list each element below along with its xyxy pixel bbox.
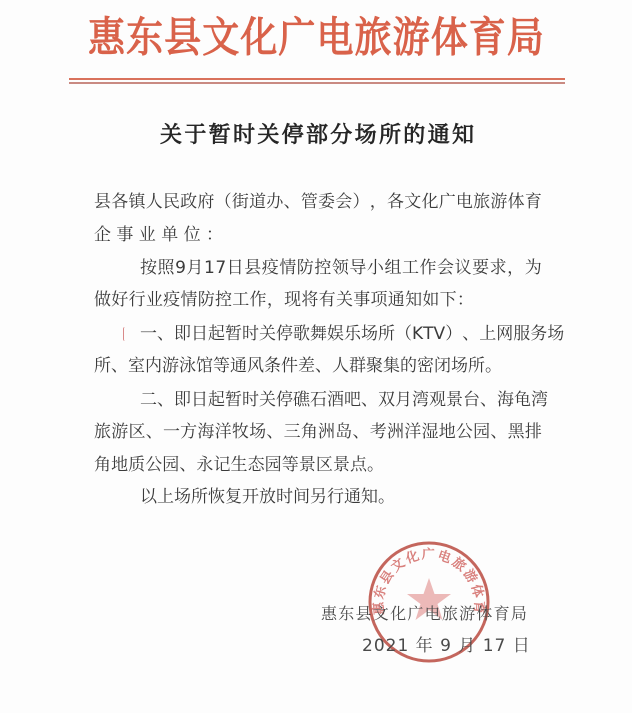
body-line-8: 旅游区、一方海洋牧场、三角洲岛、考洲洋湿地公园、黑排 bbox=[94, 419, 542, 445]
letterhead-org-name: 惠东县文化广电旅游体育局 bbox=[88, 12, 544, 62]
body-line-5: 一、即日起暂时关停歌舞娱乐场所（KTV）、上网服务场 bbox=[140, 321, 542, 347]
body-line-6: 所、室内游泳馆等通风条件差、人群聚集的密闭场所。 bbox=[94, 353, 496, 379]
body-line-1: 县各镇人民政府（街道办、管委会），各文化广电旅游体育 bbox=[94, 189, 542, 215]
letterhead-rule-bottom bbox=[69, 82, 565, 84]
letterhead-rule-top bbox=[69, 78, 565, 80]
body-line-9: 角地质公园、永记生态园等景区景点。 bbox=[94, 452, 384, 478]
body-line-10: 以上场所恢复开放时间另行通知。 bbox=[140, 484, 386, 510]
document-page: 惠东县文化广电旅游体育局 关于暂时关停部分场所的通知 县各镇人民政府（街道办、管… bbox=[0, 0, 632, 713]
body-line-7: 二、即日起暂时关停礁石酒吧、双月湾观景台、海龟湾 bbox=[140, 387, 542, 413]
signature-org: 惠东县文化广电旅游体育局 bbox=[321, 602, 527, 626]
body-line-3: 按照9月17日县疫情防控领导小组工作会议要求，为 bbox=[140, 255, 542, 281]
pen-mark bbox=[123, 327, 127, 341]
body-line-2: 企事业单位： bbox=[94, 222, 542, 248]
body-line-4: 做好行业疫情防控工作，现将有关事项通知如下： bbox=[94, 287, 474, 313]
notice-title: 关于暂时关停部分场所的通知 bbox=[160, 118, 474, 148]
signature-date: 2021 年 9 月 17 日 bbox=[362, 634, 531, 658]
